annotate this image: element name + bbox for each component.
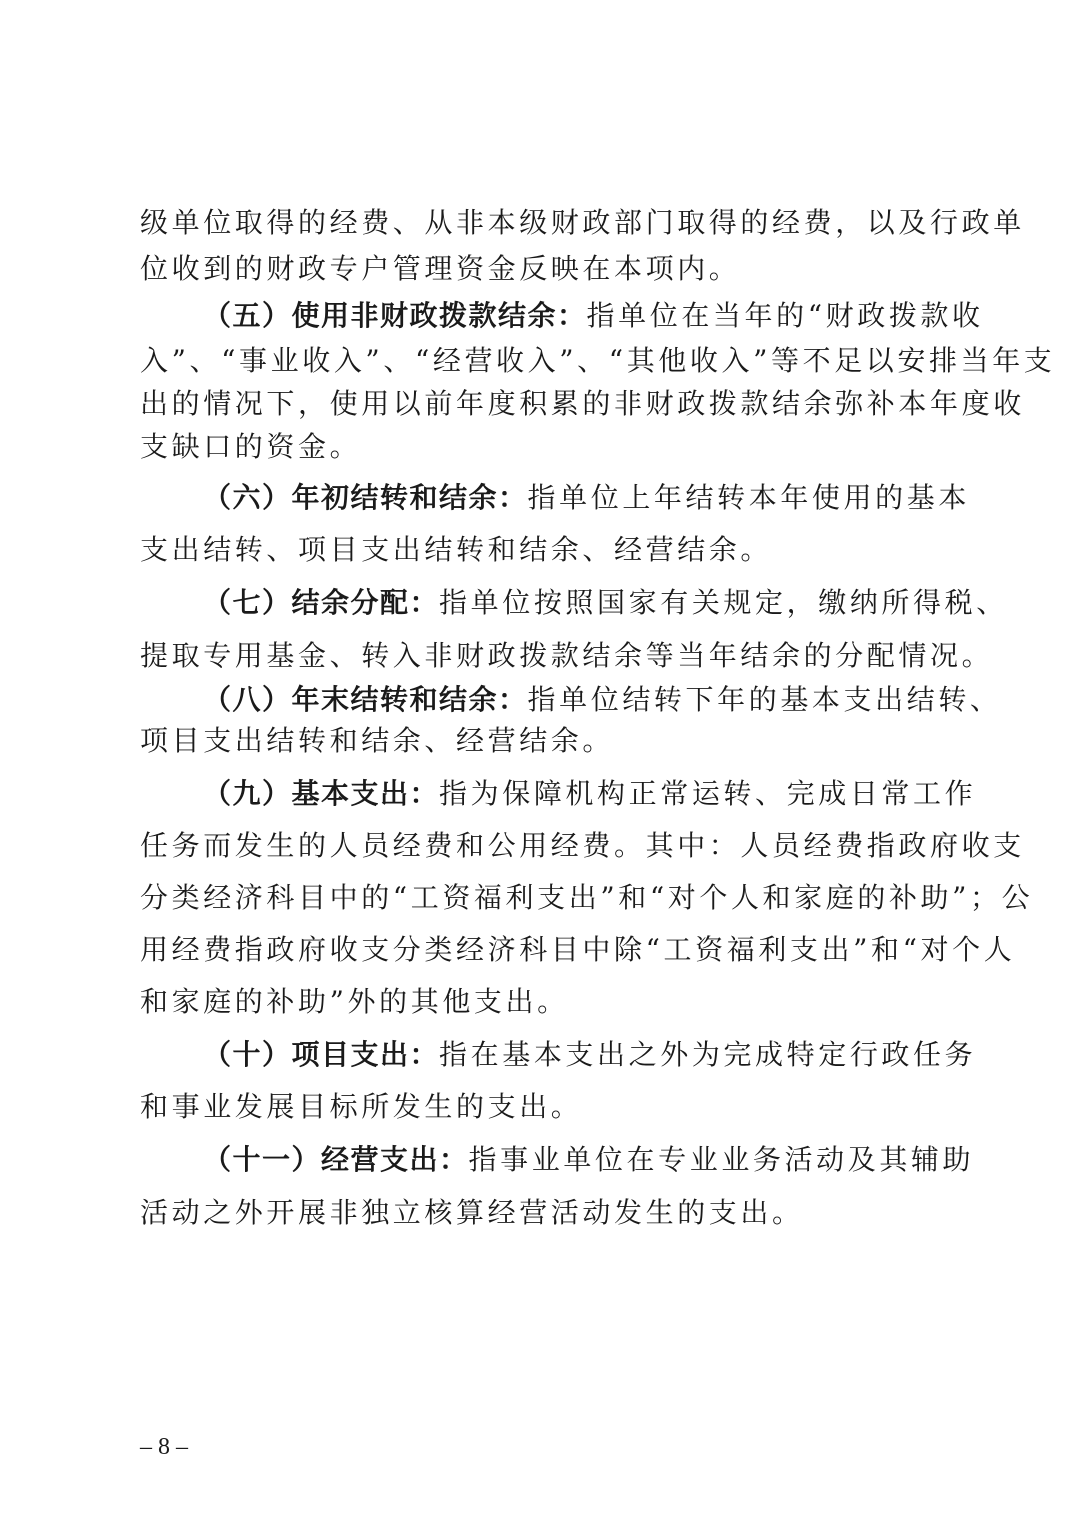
section-heading: （十）项目支出： bbox=[203, 1038, 439, 1071]
body-line: 活动之外开展非独立核算经营活动发生的支出。 bbox=[140, 1193, 938, 1233]
body-line: 支出结转、项目支出结转和结余、经营结余。 bbox=[140, 530, 938, 570]
section-heading: （八）年末结转和结余： bbox=[203, 683, 528, 716]
section-heading: （七）结余分配： bbox=[203, 586, 439, 619]
body-text: 指在基本支出之外为完成特定行政任务 bbox=[439, 1038, 976, 1071]
body-line: 用经费指政府收支分类经济科目中除“工资福利支出”和“对个人 bbox=[140, 930, 938, 970]
section-heading: （六）年初结转和结余： bbox=[203, 481, 528, 514]
body-text: 指单位结转下年的基本支出结转、 bbox=[528, 683, 1002, 716]
page-number: – 8 – bbox=[140, 1432, 188, 1462]
paragraph-five: （五）使用非财政拨款结余：指单位在当年的“财政拨款收 bbox=[203, 296, 938, 336]
body-line: 入”、“事业收入”、“经营收入”、“其他收入”等不足以安排当年支 bbox=[140, 341, 938, 381]
body-line: 出的情况下，使用以前年度积累的非财政拨款结余弥补本年度收 bbox=[140, 384, 938, 424]
section-heading: （九）基本支出： bbox=[203, 777, 439, 810]
paragraph-eight: （八）年末结转和结余：指单位结转下年的基本支出结转、 bbox=[203, 680, 938, 720]
body-text: 指事业单位在专业业务活动及其辅助 bbox=[469, 1143, 975, 1176]
paragraph-seven: （七）结余分配：指单位按照国家有关规定，缴纳所得税、 bbox=[203, 583, 938, 623]
body-line: 位收到的财政专户管理资金反映在本项内。 bbox=[140, 249, 938, 289]
body-text: 指单位在当年的“财政拨款收 bbox=[587, 299, 984, 332]
body-line: 项目支出结转和结余、经营结余。 bbox=[140, 721, 938, 761]
paragraph-eleven: （十一）经营支出：指事业单位在专业业务活动及其辅助 bbox=[203, 1140, 938, 1180]
paragraph-six: （六）年初结转和结余：指单位上年结转本年使用的基本 bbox=[203, 478, 938, 518]
body-line: 支缺口的资金。 bbox=[140, 427, 938, 467]
body-line: 任务而发生的人员经费和公用经费。其中：人员经费指政府收支 bbox=[140, 826, 938, 866]
paragraph-nine: （九）基本支出：指为保障机构正常运转、完成日常工作 bbox=[203, 774, 938, 814]
body-text: 指为保障机构正常运转、完成日常工作 bbox=[439, 777, 976, 810]
document-page: 级单位取得的经费、从非本级财政部门取得的经费，以及行政单 位收到的财政专户管理资… bbox=[0, 0, 1075, 1520]
body-line: 分类经济科目中的“工资福利支出”和“对个人和家庭的补助”；公 bbox=[140, 878, 938, 918]
paragraph-ten: （十）项目支出：指在基本支出之外为完成特定行政任务 bbox=[203, 1035, 938, 1075]
body-text: 指单位上年结转本年使用的基本 bbox=[528, 481, 970, 514]
body-text: 指单位按照国家有关规定，缴纳所得税、 bbox=[439, 586, 1008, 619]
section-heading: （五）使用非财政拨款结余： bbox=[203, 299, 587, 332]
body-line: 级单位取得的经费、从非本级财政部门取得的经费，以及行政单 bbox=[140, 203, 938, 243]
body-line: 提取专用基金、转入非财政拨款结余等当年结余的分配情况。 bbox=[140, 636, 938, 676]
section-heading: （十一）经营支出： bbox=[203, 1143, 469, 1176]
body-line: 和家庭的补助”外的其他支出。 bbox=[140, 982, 938, 1022]
body-line: 和事业发展目标所发生的支出。 bbox=[140, 1087, 938, 1127]
